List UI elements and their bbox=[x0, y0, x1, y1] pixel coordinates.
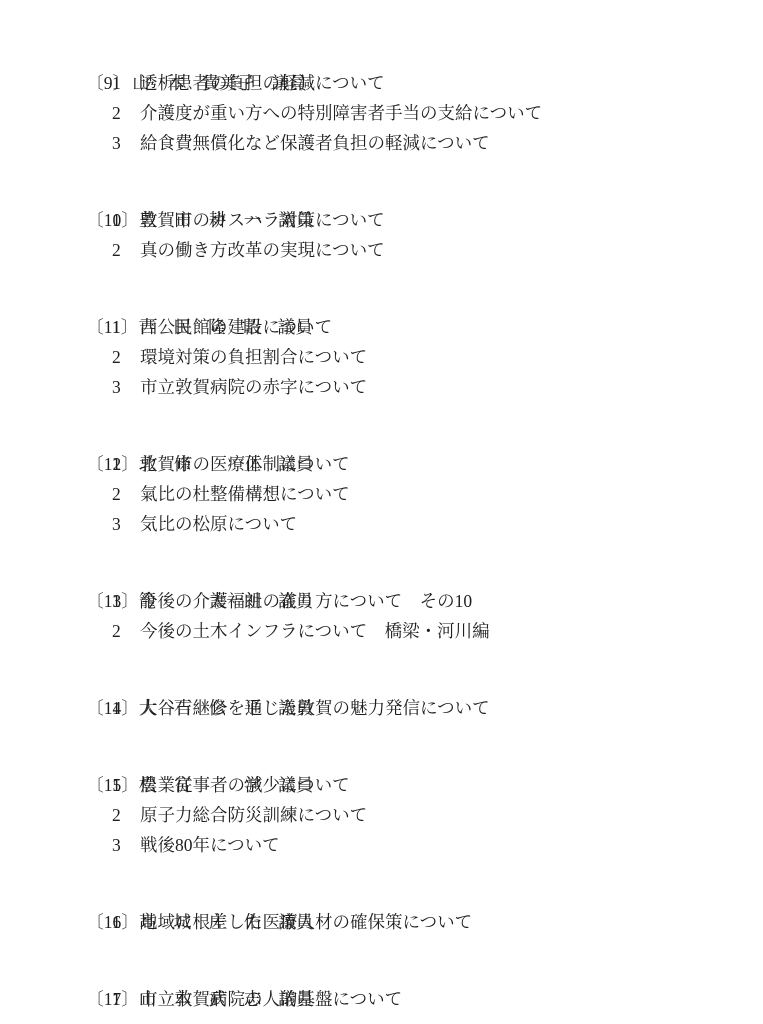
question-item: 3給食費無償化など保護者負担の軽減について bbox=[60, 128, 723, 158]
member-header: 〔13〕籠 太一朗議員 bbox=[60, 556, 723, 586]
member-section: 〔15〕松 宮 学議員 1農業従事者の減少について 2原子力総合防災訓練について… bbox=[60, 740, 723, 860]
agenda-document-page: 〔9〕山 本 貴美子議員 1透析患者の負担の軽減について 2介護度が重い方への特… bbox=[0, 0, 763, 1024]
member-section: 〔16〕高 城 庄 佑議員 1地域に根差した医療人材の確保策について bbox=[60, 877, 723, 937]
question-item-text: 給食費無償化など保護者負担の軽減について bbox=[140, 133, 490, 153]
question-item: 3市立敦賀病院の赤字について bbox=[60, 372, 723, 402]
question-item-number: 2 bbox=[112, 235, 140, 265]
member-section: 〔12〕北 條 正議員 1敦賀市の医療体制について 2氣比の杜整備構想について … bbox=[60, 419, 723, 539]
question-item-text: 農業従事者の減少について bbox=[140, 775, 350, 795]
question-item: 1地域に根差した医療人材の確保策について bbox=[60, 907, 723, 937]
question-item-number: 2 bbox=[112, 342, 140, 372]
question-item-number: 3 bbox=[112, 830, 140, 860]
member-header: 〔17〕山 本 武 志議員 bbox=[60, 954, 723, 984]
question-item: 3戦後80年について bbox=[60, 830, 723, 860]
question-item-text: 気比の松原について bbox=[140, 514, 297, 534]
question-item: 2氣比の杜整備構想について bbox=[60, 479, 723, 509]
member-header: 〔11〕吉 田 隆 昭議員 bbox=[60, 282, 723, 312]
member-section: 〔17〕山 本 武 志議員 1市立敦賀病院の人的基盤について bbox=[60, 954, 723, 1014]
member-header: 〔14〕大 石 修 平議員 bbox=[60, 663, 723, 693]
question-item-number: 1 bbox=[112, 586, 140, 616]
question-item-number: 1 bbox=[112, 205, 140, 235]
question-item-text: 介護度が重い方への特別障害者手当の支給について bbox=[140, 103, 542, 123]
member-section: 〔10〕豊 田 耕 一議員 1敦賀市のカスハラ対策について 2真の働き方改革の実… bbox=[60, 175, 723, 265]
question-item: 1今後の介護福祉の在り方について その10 bbox=[60, 586, 723, 616]
question-item: 1大谷吉継公を通じた敦賀の魅力発信について bbox=[60, 693, 723, 723]
question-item-number: 1 bbox=[112, 68, 140, 98]
question-item-text: 今後の介護福祉の在り方について その10 bbox=[140, 591, 472, 611]
question-item-text: 今後の土木インフラについて 橋梁・河川編 bbox=[140, 621, 490, 641]
question-item: 1農業従事者の減少について bbox=[60, 770, 723, 800]
question-item: 3気比の松原について bbox=[60, 509, 723, 539]
question-item: 1敦賀市のカスハラ対策について bbox=[60, 205, 723, 235]
question-item-number: 2 bbox=[112, 98, 140, 128]
question-item-text: 原子力総合防災訓練について bbox=[140, 805, 367, 825]
question-item-number: 1 bbox=[112, 770, 140, 800]
question-item: 1透析患者の負担の軽減について bbox=[60, 68, 723, 98]
question-item-text: 西公民館の建設について bbox=[140, 317, 332, 337]
member-header: 〔9〕山 本 貴美子議員 bbox=[60, 38, 723, 68]
question-item-text: 氣比の杜整備構想について bbox=[140, 484, 350, 504]
question-item-text: 市立敦賀病院の赤字について bbox=[140, 377, 367, 397]
member-header: 〔16〕高 城 庄 佑議員 bbox=[60, 877, 723, 907]
member-header: 〔15〕松 宮 学議員 bbox=[60, 740, 723, 770]
question-item: 1西公民館の建設について bbox=[60, 312, 723, 342]
question-item-number: 1 bbox=[112, 693, 140, 723]
member-section: 〔11〕吉 田 隆 昭議員 1西公民館の建設について 2環境対策の負担割合につい… bbox=[60, 282, 723, 402]
question-item-text: 敦賀市の医療体制について bbox=[140, 454, 350, 474]
question-item: 2真の働き方改革の実現について bbox=[60, 235, 723, 265]
question-item-text: 地域に根差した医療人材の確保策について bbox=[140, 912, 472, 932]
question-item-number: 2 bbox=[112, 800, 140, 830]
question-item-number: 3 bbox=[112, 128, 140, 158]
question-item: 2原子力総合防災訓練について bbox=[60, 800, 723, 830]
question-item-text: 戦後80年について bbox=[140, 835, 280, 855]
question-item-number: 1 bbox=[112, 984, 140, 1014]
question-item-text: 市立敦賀病院の人的基盤について bbox=[140, 989, 402, 1009]
question-item-number: 2 bbox=[112, 479, 140, 509]
question-item-number: 2 bbox=[112, 616, 140, 646]
member-section: 〔9〕山 本 貴美子議員 1透析患者の負担の軽減について 2介護度が重い方への特… bbox=[60, 38, 723, 158]
question-item: 2環境対策の負担割合について bbox=[60, 342, 723, 372]
member-section: 〔14〕大 石 修 平議員 1大谷吉継公を通じた敦賀の魅力発信について bbox=[60, 663, 723, 723]
question-item-number: 1 bbox=[112, 312, 140, 342]
member-header: 〔12〕北 條 正議員 bbox=[60, 419, 723, 449]
member-section: 〔13〕籠 太一朗議員 1今後の介護福祉の在り方について その10 2今後の土木… bbox=[60, 556, 723, 646]
question-item-number: 1 bbox=[112, 449, 140, 479]
question-item: 1市立敦賀病院の人的基盤について bbox=[60, 984, 723, 1014]
question-item: 1敦賀市の医療体制について bbox=[60, 449, 723, 479]
question-item-text: 透析患者の負担の軽減について bbox=[140, 73, 385, 93]
question-item-number: 1 bbox=[112, 907, 140, 937]
question-item-number: 3 bbox=[112, 509, 140, 539]
question-item-text: 大谷吉継公を通じた敦賀の魅力発信について bbox=[140, 698, 490, 718]
question-item-text: 真の働き方改革の実現について bbox=[140, 240, 385, 260]
question-item-text: 環境対策の負担割合について bbox=[140, 347, 367, 367]
question-item: 2今後の土木インフラについて 橋梁・河川編 bbox=[60, 616, 723, 646]
question-item-text: 敦賀市のカスハラ対策について bbox=[140, 210, 385, 230]
question-item-number: 3 bbox=[112, 372, 140, 402]
question-item: 2介護度が重い方への特別障害者手当の支給について bbox=[60, 98, 723, 128]
member-header: 〔10〕豊 田 耕 一議員 bbox=[60, 175, 723, 205]
